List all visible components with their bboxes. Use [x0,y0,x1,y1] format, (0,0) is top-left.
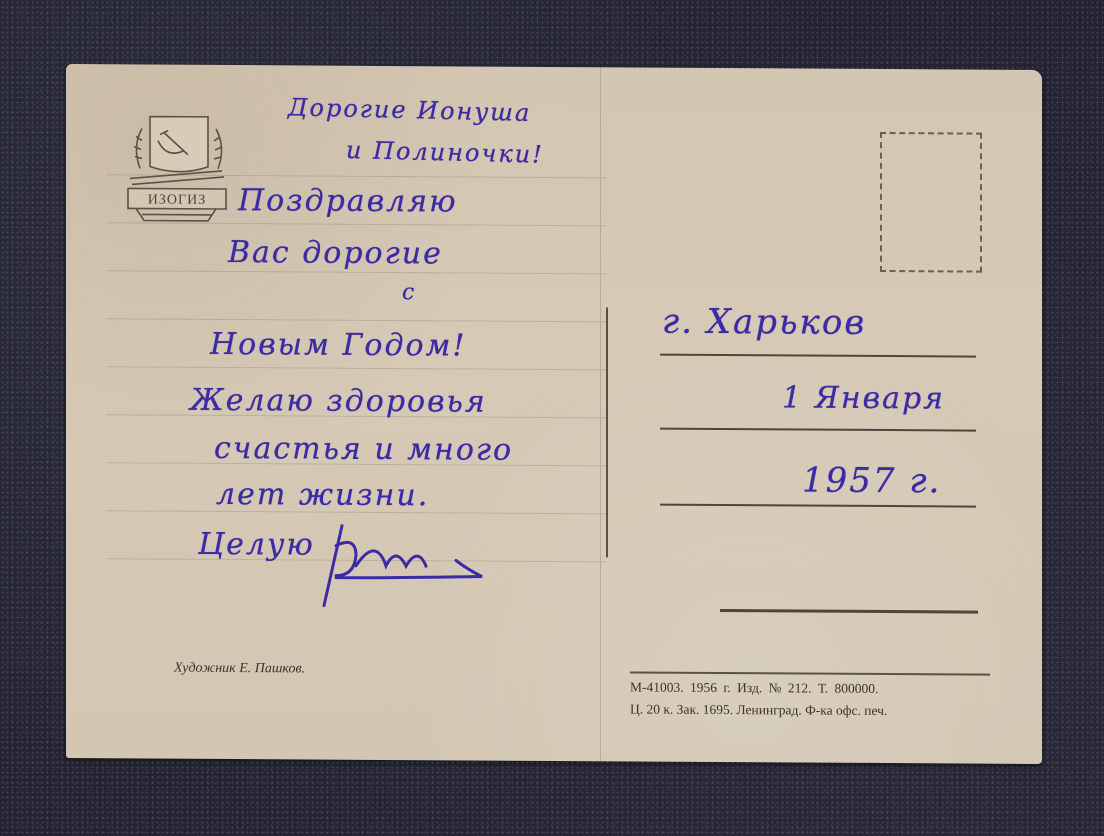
address-city: г. Харьков [662,302,866,343]
address-line [660,354,976,358]
stamp-placeholder [880,132,982,273]
signature-icon [306,515,486,616]
address-date: 1 Января [782,380,945,416]
address-year: 1957 г. [802,461,941,502]
imprint-line: Ц. 20 к. Зак. 1695. Ленинград. Ф-ка офс.… [630,701,887,719]
message-line: с [402,280,416,305]
address-line [720,609,978,614]
postcard: ИЗОГИЗ Дорогие Ионуша и Полиночки! Поздр… [66,64,1042,764]
izogiz-logo-icon: ИЗОГИЗ [122,110,232,229]
imprint-line: М-41003. 1956 г. Изд. № 212. Т. 800000. [630,679,878,697]
message-line: Дорогие Ионуша [288,93,532,127]
message-line: и Полиночки! [346,136,544,169]
message-line: Новым Годом! [210,327,466,364]
message-line: Целую [198,527,315,563]
imprint-rule [630,671,990,675]
center-divider [606,307,608,557]
address-line [660,428,976,432]
message-line: Вас дорогие [228,235,443,271]
address-line [660,504,976,508]
message-line: Желаю здоровья [190,383,487,420]
svg-text:ИЗОГИЗ: ИЗОГИЗ [148,193,206,208]
ruled-line [106,270,606,274]
artist-credit: Художник Е. Пашков. [174,661,305,678]
message-line: счастья и много [214,431,513,468]
fold-line [600,67,601,761]
ruled-line [106,366,606,370]
message-line: лет жизни. [216,477,429,513]
ruled-line [106,318,606,322]
message-line: Поздравляю [238,183,458,219]
